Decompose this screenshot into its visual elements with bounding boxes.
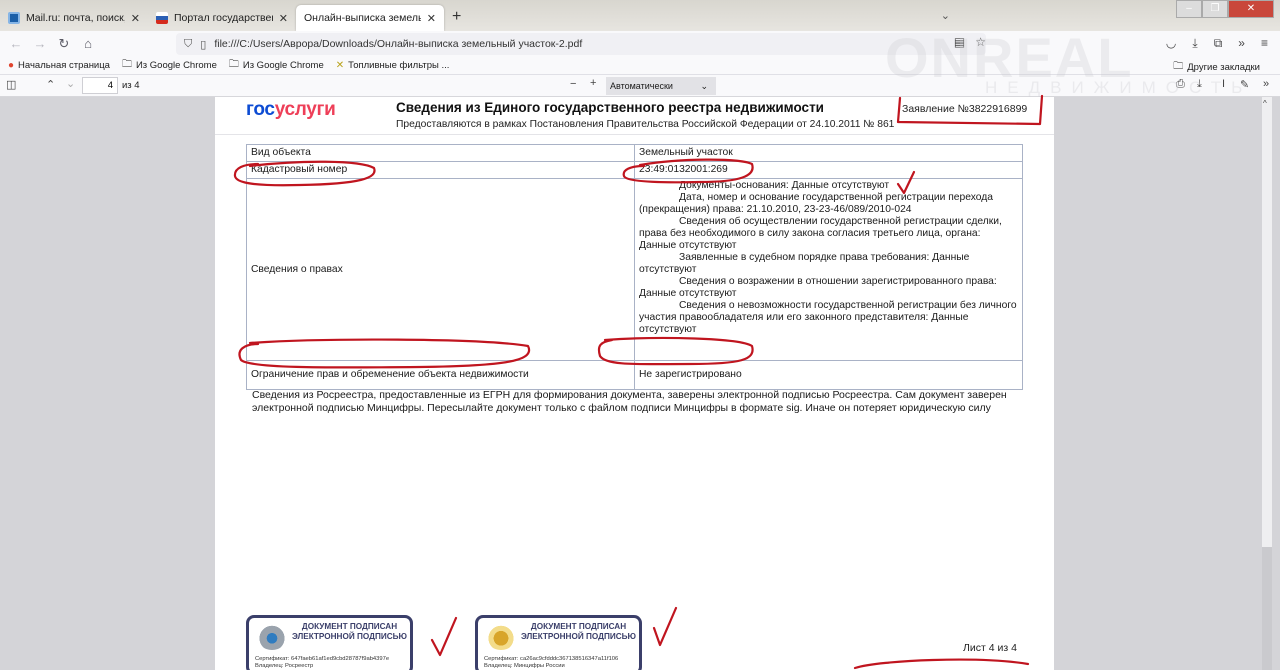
firefox-icon: ● [8,60,14,71]
close-tab-icon[interactable]: ✕ [427,12,436,25]
rights-paragraph: Документы-основания: Данные отсутствуют [639,180,1018,192]
home-button[interactable]: ⌂ [76,36,100,51]
maximize-button[interactable]: ❐ [1202,0,1228,18]
minimize-button[interactable]: – [1176,0,1202,18]
save-icon[interactable]: ⤓ [1197,78,1202,91]
tab-strip: Mail.ru: почта, поиск, новости ✕ Портал … [0,0,1280,31]
tab-gosuslugi[interactable]: Портал государственных услуг ✕ [148,5,296,31]
menu-icon[interactable]: ≡ [1261,36,1268,51]
bookmark-label: Топливные фильтры ... [348,60,449,71]
pdf-toolbar: ◫ ⌃ ⌄ из 4 − + Автоматически ⌄ ⎙ ⤓ I ✎ » [0,75,1280,97]
pdf-viewer[interactable]: госуслуги Сведения из Единого государств… [0,97,1280,670]
forward-button[interactable]: → [28,36,52,51]
stamp-cert: Сертификат: ca26ac9cfdddc367138516347a11… [484,656,618,670]
signature-stamp-mincifry: ДОКУМЕНТ ПОДПИСАН ЭЛЕКТРОННОЙ ПОДПИСЬЮ С… [475,615,642,670]
pocket-icon[interactable]: ◡ [1166,36,1176,51]
rights-paragraph: Сведения об осуществлении государственно… [639,216,1018,252]
stamp-cert: Сертификат: 647faeb61af1ed9cbd28787f9ab4… [255,656,389,670]
folder-icon: 🗀 [229,57,239,74]
rights-paragraph: Заявленные в судебном порядке права треб… [639,252,1018,276]
reader-view-icon[interactable]: ▤ [954,35,965,49]
row-value: Не зарегистрировано [635,361,1023,390]
egrn-table: Вид объекта Земельный участок Кадастровы… [246,144,1023,390]
stamp-cert-number: Сертификат: 647faeb61af1ed9cbd28787f9ab4… [255,656,389,662]
document-title: Сведения из Единого государственного рее… [396,100,824,115]
zoom-select[interactable]: Автоматически ⌄ [606,77,716,95]
sheet-number: Лист 4 из 4 [963,642,1017,654]
file-icon: ▯ [200,38,206,51]
russia-coat-of-arms-icon [486,624,516,650]
tab-title: Онлайн-выписка земельный участок [304,12,421,24]
stamp-title: ДОКУМЕНТ ПОДПИСАН ЭЛЕКТРОННОЙ ПОДПИСЬЮ [516,622,641,641]
other-bookmarks[interactable]: 🗀Другие закладки [1173,59,1260,76]
tab-pdf[interactable]: Онлайн-выписка земельный участок ✕ [296,5,444,31]
rights-paragraph: Дата, номер и основание государственной … [639,192,1018,216]
bookmarks-bar: ●Начальная страница 🗀Из Google Chrome 🗀И… [0,56,1280,75]
list-all-tabs-icon[interactable]: ⌄ [941,9,950,22]
gosuslugi-logo: госуслуги [246,99,336,121]
gosuslugi-flag-icon [156,12,168,24]
nav-bar: ← → ↻ ⌂ ⛉ ▯ file:///C:/Users/Аврора/Down… [0,31,1280,56]
table-row: Вид объекта Земельный участок [247,145,1023,162]
stamp-cert-number: Сертификат: ca26ac9cfdddc367138516347a11… [484,656,618,662]
chevron-down-icon: ⌄ [700,77,708,95]
rights-details: Документы-основания: Данные отсутствуют … [635,179,1023,361]
previous-page-icon[interactable]: ⌃ [46,78,55,91]
folder-icon: 🗀 [122,57,132,74]
bookmark-folder[interactable]: 🗀Из Google Chrome [122,57,217,74]
bookmark-label: Другие закладки [1187,62,1260,73]
zoom-out-icon[interactable]: − [570,78,576,90]
stamp-owner: Владелец: Росреестр [255,663,313,669]
zoom-in-icon[interactable]: + [590,77,596,89]
mailru-icon [8,12,20,24]
row-label: Кадастровый номер [247,162,635,179]
next-page-icon[interactable]: ⌄ [66,77,75,90]
rights-paragraph: Сведения о возражении в отношении зареги… [639,276,1018,300]
stamp-owner: Владелец: Минцифры России [484,663,565,669]
scroll-up-icon[interactable]: ^ [1263,99,1267,108]
draw-tool-icon[interactable]: ✎ [1240,78,1249,91]
signature-stamp-rosreestr: ДОКУМЕНТ ПОДПИСАН ЭЛЕКТРОННОЙ ПОДПИСЬЮ С… [246,615,413,670]
text-tool-icon[interactable]: I [1222,78,1225,90]
tab-title: Mail.ru: почта, поиск, новости [26,12,125,24]
overflow-icon[interactable]: » [1238,36,1245,51]
download-icon[interactable]: ⤓ [1192,36,1197,51]
header-divider [215,134,1054,135]
logo-part: гос [246,99,275,120]
rosreestr-emblem-icon [257,624,287,650]
url-bar[interactable]: ⛉ ▯ file:///C:/Users/Аврора/Downloads/Он… [176,33,986,55]
page-count: из 4 [122,80,140,91]
bookmark-label: Из Google Chrome [136,60,217,71]
back-button[interactable]: ← [4,36,28,51]
reload-button[interactable]: ↻ [52,36,76,52]
document-subtitle: Предоставляются в рамках Постановления П… [396,119,894,130]
close-tab-icon[interactable]: ✕ [131,12,140,25]
tool-icon: ✕ [336,60,344,71]
extensions-icon[interactable]: ⧉ [1214,36,1223,51]
table-row: Сведения о правах Документы-основания: Д… [247,179,1023,361]
row-value: 23:49:0132001:269 [635,162,1023,179]
bookmark-label: Из Google Chrome [243,60,324,71]
stamp-title: ДОКУМЕНТ ПОДПИСАН ЭЛЕКТРОННОЙ ПОДПИСЬЮ [287,622,412,641]
window-controls: – ❐ ✕ [1176,0,1274,18]
row-label: Ограничение прав и обременение объекта н… [247,361,635,390]
signature-note: Сведения из Росреестра, предоставленные … [252,389,1032,414]
table-row: Кадастровый номер 23:49:0132001:269 [247,162,1023,179]
zoom-select-value: Автоматически [610,81,673,91]
new-tab-button[interactable]: + [452,8,461,26]
print-icon[interactable]: ⎙ [1176,78,1185,91]
scrollbar-thumb[interactable] [1262,547,1272,670]
logo-part: услуги [275,99,336,120]
bookmark-item[interactable]: ✕Топливные фильтры ... [336,60,450,71]
bookmark-label: Начальная страница [18,60,110,71]
folder-icon: 🗀 [1173,59,1183,76]
shield-icon[interactable]: ⛉ [184,38,192,51]
bookmark-star-icon[interactable]: ☆ [975,35,986,49]
page-number-input[interactable] [82,77,118,94]
close-tab-icon[interactable]: ✕ [279,12,288,25]
overflow-tools-icon[interactable]: » [1263,78,1269,90]
row-label: Вид объекта [247,145,635,162]
tab-mailru[interactable]: Mail.ru: почта, поиск, новости ✕ [0,5,148,31]
table-row: Ограничение прав и обременение объекта н… [247,361,1023,390]
row-value: Земельный участок [635,145,1023,162]
application-number: Заявление №3822916899 [902,103,1027,115]
sidebar-toggle-icon[interactable]: ◫ [6,78,16,91]
close-window-button[interactable]: ✕ [1228,0,1274,18]
pdf-page: госуслуги Сведения из Единого государств… [215,97,1054,670]
rights-paragraph: Сведения о невозможности государственной… [639,300,1018,336]
bookmark-item[interactable]: ●Начальная страница [8,60,110,71]
bookmark-folder[interactable]: 🗀Из Google Chrome [229,57,324,74]
url-text[interactable]: file:///C:/Users/Аврора/Downloads/Онлайн… [214,38,582,50]
vertical-scrollbar[interactable]: ^ [1262,97,1272,547]
tab-title: Портал государственных услуг [174,12,273,24]
row-label: Сведения о правах [247,179,635,361]
